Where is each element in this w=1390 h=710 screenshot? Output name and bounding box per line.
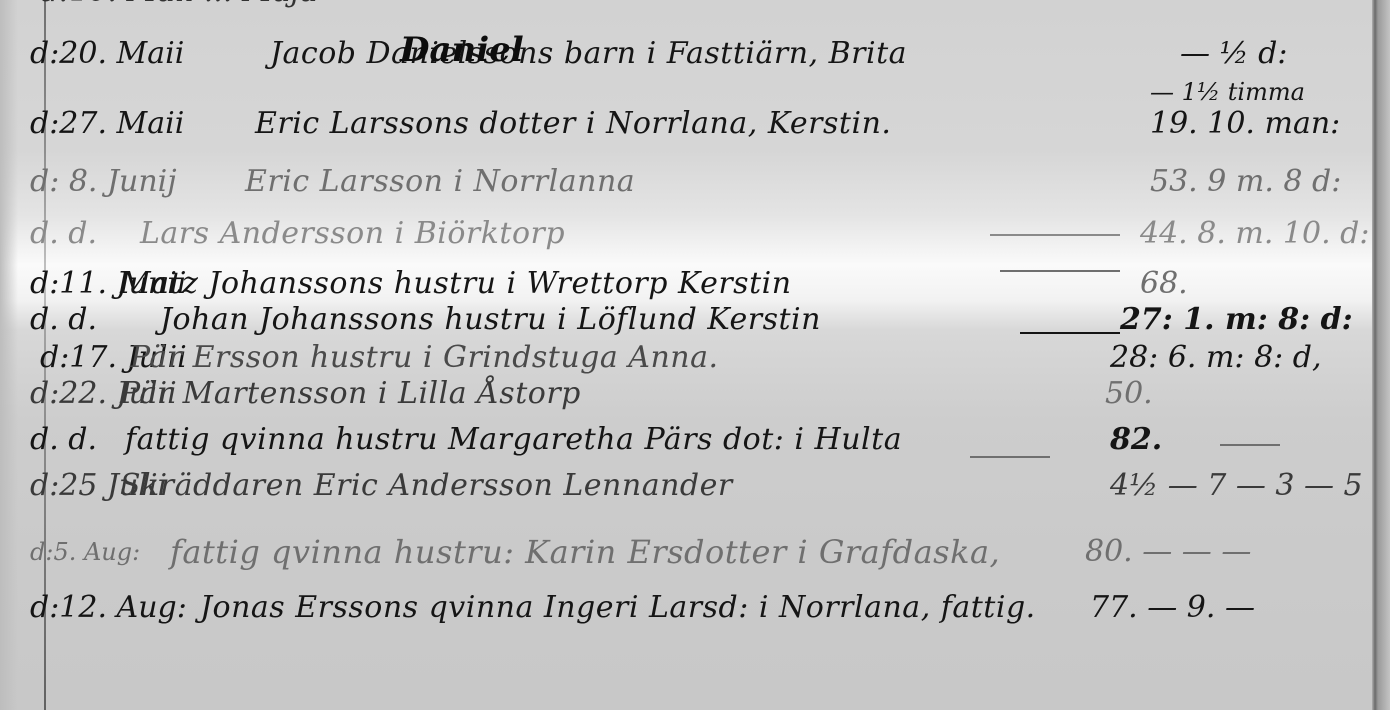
fill-dash	[970, 456, 1050, 458]
fill-dash	[1000, 270, 1120, 272]
entry-text: fattig qvinna hustru Margaretha Pärs dot…	[125, 416, 902, 464]
entry-age: 77. — 9. —	[1090, 584, 1255, 632]
entry-date: d:27. Maii	[30, 100, 184, 148]
overwritten-word: Daniel	[400, 30, 524, 70]
entry-row: d:22. Julii Pär Martensson i Lilla Åstor…	[0, 370, 1372, 418]
page-right-edge	[1372, 0, 1390, 710]
entry-text: Lars Andersson i Biörktorp	[140, 210, 565, 258]
entry-row: d: 8. Junij Eric Larsson i Norrlanna 53.…	[0, 158, 1372, 206]
entry-row: d. d. fattig qvinna hustru Margaretha Pä…	[0, 416, 1372, 464]
entry-row: d. d. Lars Andersson i Biörktorp 44. 8. …	[0, 210, 1372, 258]
entry-age: 19. 10. man:	[1150, 100, 1340, 148]
entry-age: 80. — — —	[1085, 528, 1251, 576]
entry-date: d:12. Aug:	[30, 584, 187, 632]
register-page: d:10. Maii ... Maja d:20. Maii Jacob Dan…	[0, 0, 1390, 710]
entry-row: d:27. Maii Eric Larssons dotter i Norrla…	[0, 100, 1372, 148]
entry-text: Eric Larsson i Norrlanna	[245, 158, 635, 206]
entry-age: 82.	[1110, 416, 1162, 464]
entry-age: 44. 8. m. 10. d:	[1140, 210, 1369, 258]
entry-age: 50.	[1105, 370, 1153, 418]
entry-age: 4½ — 7 — 3 — 5	[1110, 462, 1363, 510]
entry-row	[0, 644, 1372, 692]
entry-text: Pär Martensson i Lilla Åstorp	[120, 370, 581, 418]
cut-off-top-line: d:10. Maii ... Maja	[40, 0, 318, 9]
entry-date: d. d.	[30, 416, 97, 464]
entry-text: Jonas Erssons qvinna Ingeri Larsd: i Nor…	[200, 584, 1036, 632]
entry-row: d:25 Julii Skräddaren Eric Andersson Len…	[0, 462, 1372, 510]
fill-dash	[990, 234, 1120, 236]
entry-text: fattig qvinna hustru: Karin Ersdotter i …	[170, 528, 1000, 576]
entry-row: d:12. Aug: Jonas Erssons qvinna Ingeri L…	[0, 584, 1372, 632]
entry-text: Eric Larssons dotter i Norrlana, Kerstin…	[255, 100, 891, 148]
entry-row: d:5. Aug: fattig qvinna hustru: Karin Er…	[0, 528, 1372, 576]
entry-text: Skräddaren Eric Andersson Lennander	[120, 462, 733, 510]
entry-age: 53. 9 m. 8 d:	[1150, 158, 1341, 206]
entry-date: d: 8. Junij	[30, 158, 177, 206]
entry-date: d:5. Aug:	[30, 528, 140, 576]
fill-dash	[1220, 444, 1280, 446]
entry-date: d. d.	[30, 210, 97, 258]
